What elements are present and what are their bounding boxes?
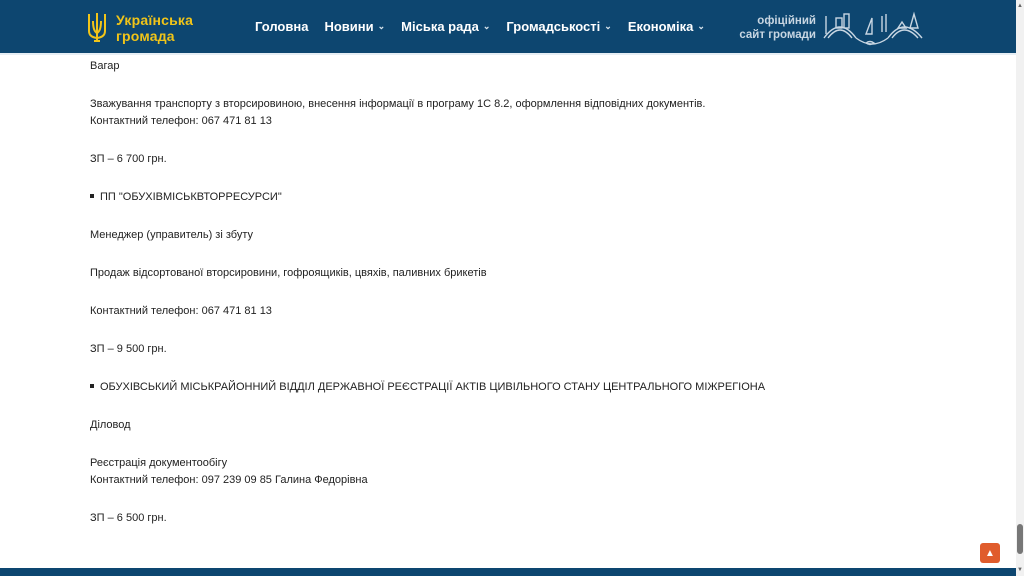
scroll-to-top-button[interactable]: ▲ <box>980 543 1000 563</box>
scroll-up-arrow-icon[interactable]: ▲ <box>1016 2 1024 10</box>
vacancy-description: Продаж відсортованої вторсировини, гофро… <box>90 265 487 282</box>
vacancy-title: Діловод <box>90 417 131 434</box>
site-logo[interactable]: Українська громада <box>86 11 193 45</box>
employer-name: ПП "ОБУХІВМІСЬКВТОРРЕСУРСИ" <box>100 191 282 203</box>
site-header: Українська громада Головна Новини ⌄ Місь… <box>0 0 1016 55</box>
vacancy-contact: Контактний телефон: 097 239 09 85 Галина… <box>90 472 368 489</box>
city-skyline-icon <box>822 8 926 48</box>
official-line2: сайт громади <box>738 28 816 42</box>
nav-label: Громадськості <box>506 19 600 34</box>
chevron-down-icon: ⌄ <box>697 21 705 32</box>
employer-item: ОБУХІВСЬКИЙ МІСЬКРАЙОННИЙ ВІДДІЛ ДЕРЖАВН… <box>90 379 765 396</box>
official-line1: офіційний <box>738 14 816 28</box>
vacancy-salary: ЗП – 6 500 грн. <box>90 510 167 527</box>
page-scrollbar[interactable]: ▲ ▼ <box>1016 0 1024 576</box>
official-site-label: офіційний сайт громади <box>738 14 816 42</box>
chevron-up-icon: ▲ <box>985 548 995 559</box>
chevron-down-icon: ⌄ <box>604 21 612 32</box>
chevron-down-icon: ⌄ <box>378 21 386 32</box>
vacancy-contact: Контактний телефон: 067 471 81 13 <box>90 303 272 320</box>
employer-name: ОБУХІВСЬКИЙ МІСЬКРАЙОННИЙ ВІДДІЛ ДЕРЖАВН… <box>100 381 765 393</box>
nav-item-city-council[interactable]: Міська рада ⌄ <box>401 19 490 34</box>
nav-item-economy[interactable]: Економіка ⌄ <box>628 19 705 34</box>
vacancy-description: Реєстрація документообігу <box>90 455 227 472</box>
scrollbar-thumb[interactable] <box>1017 524 1023 554</box>
vacancy-salary: ЗП – 9 500 грн. <box>90 341 167 358</box>
vacancy-title: Менеджер (управитель) зі збуту <box>90 227 253 244</box>
chevron-down-icon: ⌄ <box>483 21 491 32</box>
main-nav: Головна Новини ⌄ Міська рада ⌄ Громадськ… <box>255 19 721 34</box>
nav-label: Міська рада <box>401 19 479 34</box>
nav-item-home[interactable]: Головна <box>255 19 308 34</box>
trident-icon <box>86 11 108 45</box>
site-footer <box>0 568 1016 576</box>
vacancy-description: Зважування транспорту з вторсировиною, в… <box>90 96 705 113</box>
logo-line1: Українська <box>116 12 193 28</box>
vacancy-contact: Контактний телефон: 067 471 81 13 <box>90 113 272 130</box>
nav-label: Головна <box>255 19 308 34</box>
nav-item-public[interactable]: Громадськості ⌄ <box>506 19 611 34</box>
employer-item: ПП "ОБУХІВМІСЬКВТОРРЕСУРСИ" <box>90 189 282 206</box>
logo-line2: громада <box>116 28 193 44</box>
nav-item-news[interactable]: Новини ⌄ <box>324 19 385 34</box>
vacancy-title: Вагар <box>90 58 119 75</box>
nav-label: Новини <box>324 19 373 34</box>
scroll-down-arrow-icon[interactable]: ▼ <box>1016 566 1024 574</box>
vacancy-salary: ЗП – 6 700 грн. <box>90 151 167 168</box>
nav-label: Економіка <box>628 19 694 34</box>
